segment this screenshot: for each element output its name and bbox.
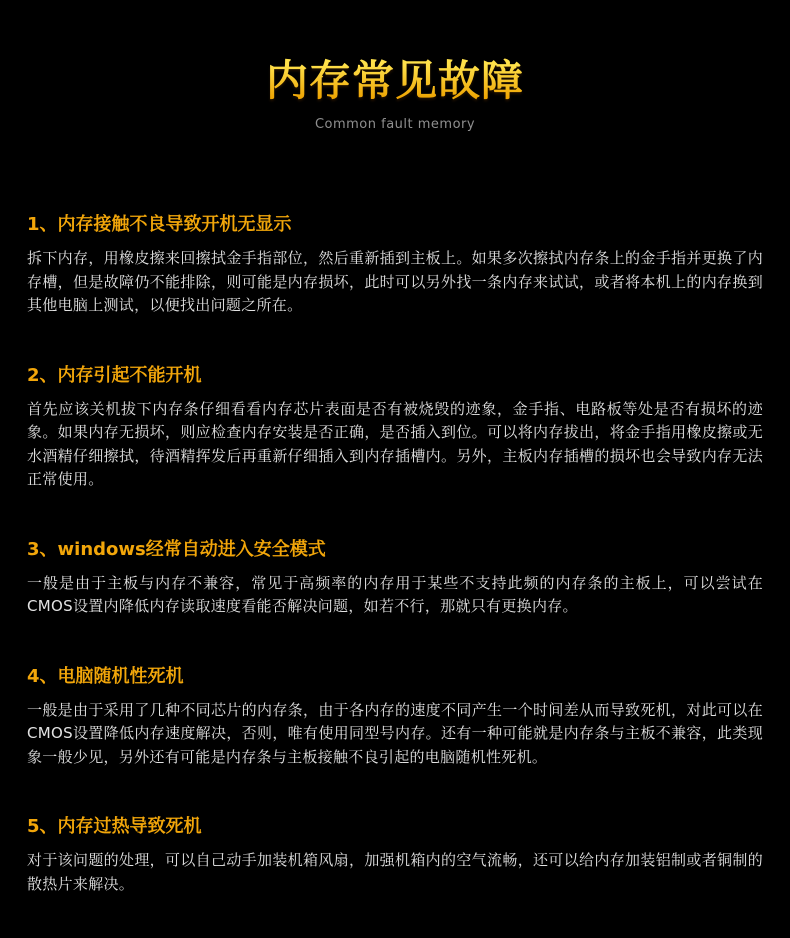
fault-section-1: 1、内存接触不良导致开机无显示 拆下内存，用橡皮擦来回擦拭金手指部位，然后重新插… <box>27 213 763 318</box>
section-body: 一般是由于采用了几种不同芯片的内存条，由于各内存的速度不同产生一个时间差从而导致… <box>27 699 763 770</box>
section-body: 首先应该关机拔下内存条仔细看看内存芯片表面是否有被烧毁的迹象，金手指、电路板等处… <box>27 398 763 492</box>
section-heading: 3、windows经常自动进入安全模式 <box>27 538 763 562</box>
section-heading: 1、内存接触不良导致开机无显示 <box>27 213 763 237</box>
section-body: 对于该问题的处理，可以自己动手加装机箱风扇，加强机箱内的空气流畅，还可以给内存加… <box>27 849 763 896</box>
fault-sections: 1、内存接触不良导致开机无显示 拆下内存，用橡皮擦来回擦拭金手指部位，然后重新插… <box>27 213 763 896</box>
section-body: 一般是由于主板与内存不兼容，常见于高频率的内存用于某些不支持此频的内存条的主板上… <box>27 572 763 619</box>
section-heading: 5、内存过热导致死机 <box>27 815 763 839</box>
fault-section-3: 3、windows经常自动进入安全模式 一般是由于主板与内存不兼容，常见于高频率… <box>27 538 763 619</box>
section-body: 拆下内存，用橡皮擦来回擦拭金手指部位，然后重新插到主板上。如果多次擦拭内存条上的… <box>27 247 763 318</box>
fault-section-4: 4、电脑随机性死机 一般是由于采用了几种不同芯片的内存条，由于各内存的速度不同产… <box>27 665 763 770</box>
page-subtitle: Common fault memory <box>27 116 763 133</box>
section-heading: 4、电脑随机性死机 <box>27 665 763 689</box>
fault-section-5: 5、内存过热导致死机 对于该问题的处理，可以自己动手加装机箱风扇，加强机箱内的空… <box>27 815 763 896</box>
page: 内存常见故障 Common fault memory 1、内存接触不良导致开机无… <box>0 0 790 938</box>
fault-section-2: 2、内存引起不能开机 首先应该关机拔下内存条仔细看看内存芯片表面是否有被烧毁的迹… <box>27 364 763 492</box>
section-heading: 2、内存引起不能开机 <box>27 364 763 388</box>
page-title: 内存常见故障 <box>27 58 763 104</box>
